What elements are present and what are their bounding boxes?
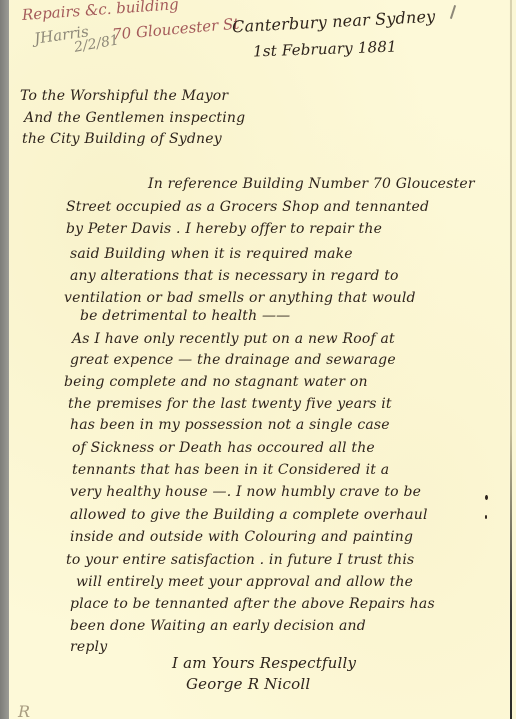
signature: George R Nicoll: [186, 675, 310, 693]
body-line: being complete and no stagnant water on: [64, 374, 368, 390]
body-line: great expence — the drainage and sewarag…: [70, 352, 396, 368]
addressee-line: To the Worshipful the Mayor: [20, 88, 228, 104]
body-line: tennants that has been in it Considered …: [72, 462, 389, 478]
body-line: any alterations that is necessary in reg…: [70, 268, 399, 284]
body-line: to your entire satisfaction . in future …: [66, 552, 414, 568]
body-line: allowed to give the Building a complete …: [70, 507, 428, 523]
body-line: the premises for the last twenty five ye…: [68, 396, 392, 412]
scan-left-border: [0, 0, 9, 719]
body-line: by Peter Davis . I hereby offer to repai…: [66, 221, 382, 237]
body-line: be detrimental to health ——: [80, 308, 290, 324]
body-line: In reference Building Number 70 Gloucest…: [148, 176, 475, 192]
body-line: of Sickness or Death has occoured all th…: [72, 440, 375, 456]
closing-line: I am Yours Respectfully: [172, 654, 356, 672]
page-right-edge: [510, 0, 512, 719]
body-line: reply: [70, 639, 107, 655]
next-page-partial-text: R: [18, 702, 30, 719]
body-line: As I have only recently put on a new Roo…: [72, 331, 395, 347]
body-line: very healthy house —. I now humbly crave…: [70, 484, 421, 500]
body-line: will entirely meet your approval and all…: [76, 574, 413, 590]
body-line: been done Waiting an early decision and: [70, 618, 366, 634]
body-line: Street occupied as a Grocers Shop and te…: [66, 199, 429, 215]
addressee-line: the City Building of Sydney: [22, 131, 222, 147]
body-line: has been in my possession not a single c…: [70, 417, 390, 433]
body-line: place to be tennanted after the above Re…: [70, 596, 435, 612]
ink-mark: [485, 515, 487, 519]
ink-mark: [485, 495, 488, 500]
addressee-line: And the Gentlemen inspecting: [24, 110, 245, 126]
body-line: said Building when it is required make: [70, 246, 353, 262]
body-line: inside and outside with Colouring and pa…: [70, 529, 413, 545]
body-line: ventilation or bad smells or anything th…: [64, 290, 416, 306]
